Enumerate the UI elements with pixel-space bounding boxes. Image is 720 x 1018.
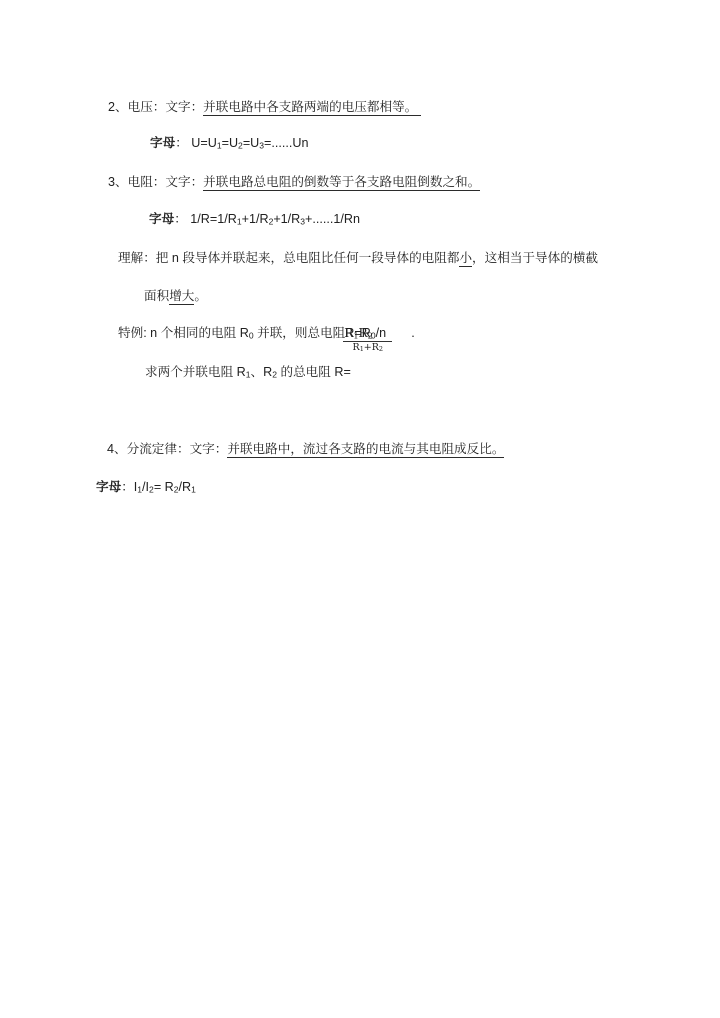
resistance-understanding-line2: 面积增大。 bbox=[144, 288, 207, 304]
resistance-special-case-line: 特例: n 个相同的电阻 R0 并联，则总电阻R=R0/nR1R2R1+R2 . bbox=[118, 325, 415, 341]
fraction-numerator: R1R2 bbox=[343, 325, 392, 342]
voltage-formula: 字母： U=U1=U2=U3=......Un bbox=[150, 135, 308, 151]
current-division-heading: 4、分流定律：文字：并联电路中，流过各支路的电流与其电阻成反比。 bbox=[107, 441, 504, 457]
resistance-section-heading: 3、电阻：文字：并联电路总电阻的倒数等于各支路电阻倒数之和。 bbox=[108, 174, 480, 190]
document-page: 2、电压：文字：并联电路中各支路两端的电压都相等。 字母： U=U1=U2=U3… bbox=[0, 0, 720, 1018]
resistance-understanding-line1: 理解：把 n 段导体并联起来，总电阻比任何一段导体的电阻都小，这相当于导体的横截 bbox=[118, 250, 598, 266]
voltage-section-heading: 2、电压：文字：并联电路中各支路两端的电压都相等。 bbox=[108, 99, 421, 115]
special-case-text: 特例: n 个相同的电阻 R0 并联，则总电阻 bbox=[118, 326, 345, 340]
special-case-equation: R=R0/nR1R2R1+R2 bbox=[345, 325, 386, 341]
fraction-overlay: R1R2R1+R2 bbox=[343, 325, 392, 353]
fraction-denominator: R1+R2 bbox=[343, 342, 392, 353]
parallel-resistance-exercise: 求两个并联电阻 R1、R2 的总电阻 R= bbox=[145, 364, 351, 380]
current-division-formula: 字母：I1/I2= R2/R1 bbox=[96, 479, 196, 495]
resistance-formula: 字母： 1/R=1/R1+1/R2+1/R3+......1/Rn bbox=[149, 211, 360, 227]
